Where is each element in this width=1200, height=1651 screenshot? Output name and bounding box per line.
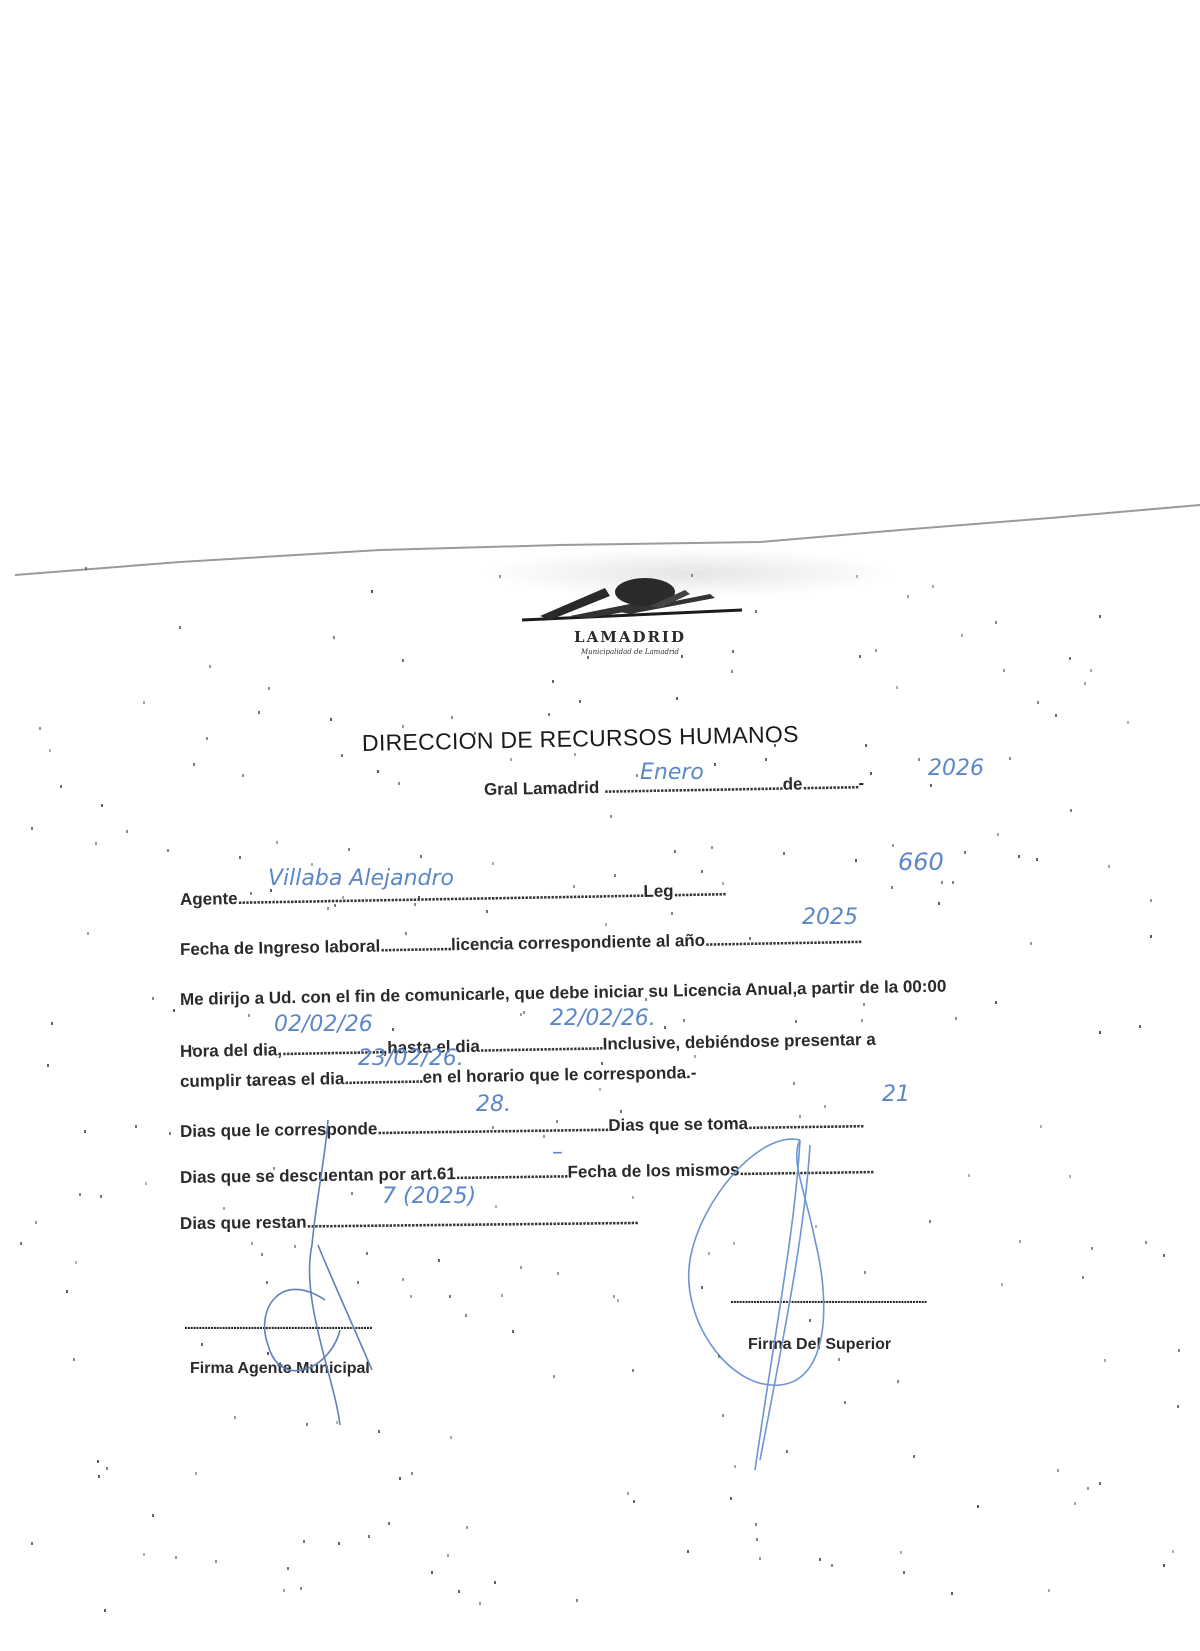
descuentan-field[interactable]: – — [552, 1140, 563, 1165]
dias-restan-field[interactable]: 7 (2025) — [382, 1184, 476, 1209]
start-date-field[interactable]: 02/02/26 — [274, 1012, 373, 1037]
leg-label: Leg — [643, 881, 674, 901]
toma-label: Dias que se toma — [608, 1114, 748, 1135]
agent-name-field[interactable]: Villaba Alejandro — [268, 866, 454, 891]
licencia-year-field[interactable]: 2025 — [802, 905, 858, 930]
superior-signature-line: ........................................… — [730, 1290, 927, 1306]
year-field[interactable]: 2026 — [928, 756, 984, 781]
cumplir-label: cumplir tareas el dia — [180, 1069, 345, 1091]
fecha-label: Fecha de los mismos — [567, 1160, 739, 1181]
logo-subtitle: Municipalidad de Lamadrid — [545, 648, 715, 656]
restan-label: Dias que restan — [180, 1213, 307, 1233]
scanned-document: LAMADRID Municipalidad de Lamadrid DIREC… — [0, 0, 1200, 1651]
inclusive-label: Inclusive, debiéndose presentar a — [603, 1030, 876, 1054]
agent-label: Agente — [180, 889, 238, 909]
municipal-logo-icon — [510, 570, 750, 660]
de-label: de — [782, 774, 802, 793]
month-field[interactable]: Enero — [640, 760, 704, 785]
logo-name: LAMADRID — [535, 628, 725, 646]
place-label: Gral Lamadrid — [484, 778, 600, 799]
return-date-field[interactable]: 23/02/26. — [358, 1046, 464, 1071]
agent-signature-label: Firma Agente Municipal — [190, 1360, 370, 1378]
paper-edge — [0, 0, 1200, 1651]
dias-toma-field[interactable]: 21 — [882, 1082, 910, 1107]
leg-number-field[interactable]: 660 — [898, 848, 944, 876]
corresponde-label: Dias que le corresponde — [180, 1119, 378, 1141]
hora-label: Hora del dia, — [180, 1040, 282, 1061]
agent-signature-line: ........................................… — [184, 1316, 372, 1332]
ingreso-label: Fecha de Ingreso laboral — [180, 937, 381, 959]
licencia-label: licencia correspondiente al año — [451, 931, 705, 954]
dias-corresponde-field[interactable]: 28. — [476, 1092, 511, 1117]
superior-signature-label: Firma Del Superior — [748, 1336, 891, 1354]
end-date-field[interactable]: 22/02/26. — [550, 1006, 656, 1031]
